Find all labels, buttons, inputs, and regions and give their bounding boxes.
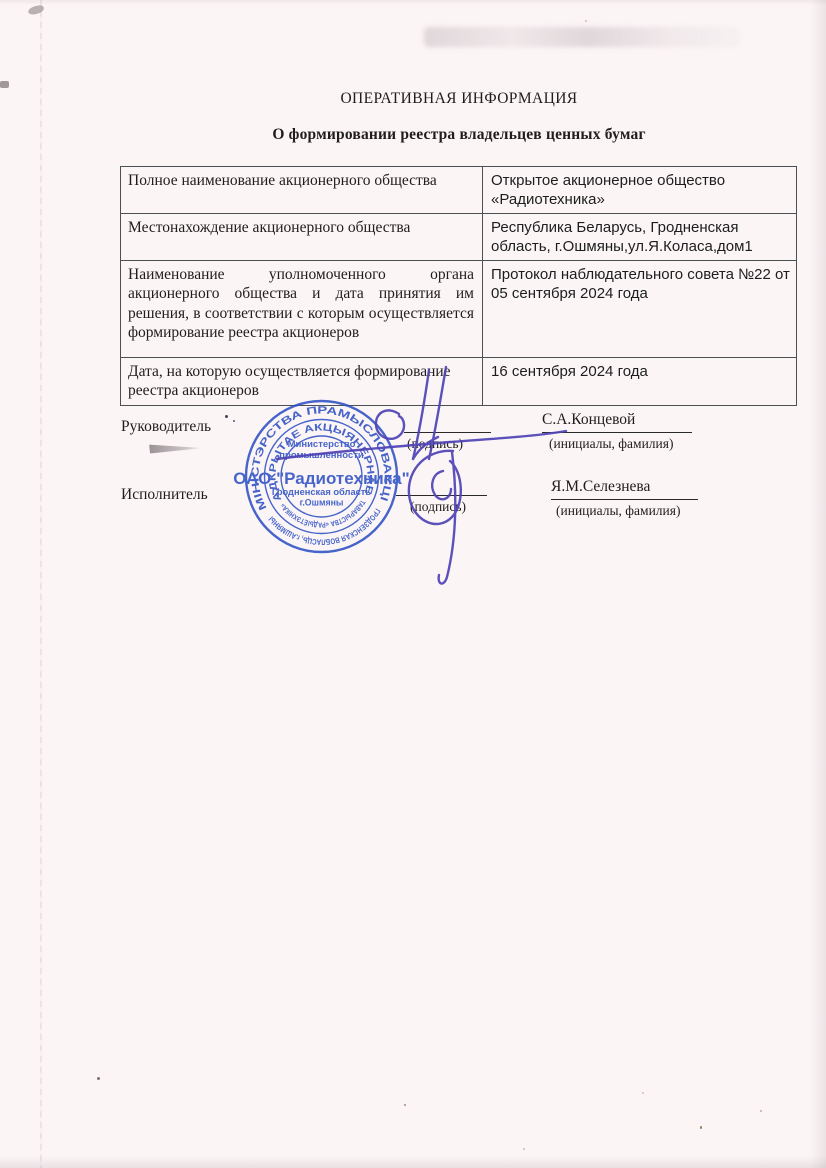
scan-shadow-top (0, 0, 826, 5)
stamp-region-text: Гродненская область (272, 487, 371, 497)
director-signature-loop (376, 410, 404, 438)
stamp-mid-circle (265, 420, 379, 534)
paper-speck (642, 1092, 644, 1094)
edge-ink-dash (0, 81, 9, 88)
table-row: Дата, на которую осуществляется формиров… (121, 357, 796, 405)
signature-line (396, 476, 487, 496)
paper-speck (523, 1148, 525, 1150)
stamp-company-name: ОАО "Радиотехника" (233, 469, 409, 488)
signature-name-caption: (инициалы, фамилия) (556, 503, 680, 519)
faded-erased-text-artifact (424, 27, 740, 47)
row-value-register-date: 16 сентября 2024 года (483, 358, 796, 405)
table-row: Местонахождение акционерного общества Ре… (121, 213, 796, 260)
corner-ink-blot (27, 4, 44, 15)
info-table: Полное наименование акционерного обществ… (120, 166, 797, 406)
signature-role-executor: Исполнитель (121, 486, 208, 504)
signature-line (404, 413, 491, 433)
stamp-outer-circle (246, 401, 397, 552)
table-row: Полное наименование акционерного обществ… (121, 167, 796, 213)
executor-signature-descender (439, 452, 456, 584)
signature-name-caption: (инициалы, фамилия) (549, 436, 673, 452)
stamp-outer-ring-top-text: МІНІСТЭРСТВА ПРАМЫСЛОВАСЦІ (249, 405, 393, 513)
paper-fold-line (40, 0, 42, 1168)
signature-caption: (подпись) (407, 436, 463, 452)
paper-speck (760, 1110, 762, 1112)
gray-smudge-artifact (149, 443, 203, 454)
document-subtitle: О формировании реестра владельцев ценных… (121, 126, 797, 144)
stamp-city-text: г.Ошмяны (300, 498, 344, 508)
stamp-ministry-line1: Министерство (288, 439, 356, 450)
stamp-mid-ring-top-text: АДКРЫТАЕ АКЦЫЯНЕРНАЕ (267, 422, 375, 503)
scanned-document-page: ОПЕРАТИВНАЯ ИНФОРМАЦИЯ О формировании ре… (0, 0, 826, 1168)
row-value-location: Республика Беларусь, Гродненская область… (483, 214, 796, 260)
ink-speck (225, 415, 228, 418)
row-label-authorized-body: Наименование уполномоченного органа акци… (121, 261, 483, 357)
signature-name-director: С.А.Концевой (542, 411, 692, 433)
stamp-ministry-line2: промышленности (279, 450, 364, 461)
scan-shadow-right (810, 0, 826, 1168)
stamp-mid-ring-bottom-text: ТАВАРЫСТВА «РАДЫЁТЭХНІКА» (278, 498, 367, 529)
signature-name-executor: Я.М.Селезнева (551, 478, 698, 500)
row-label-register-date: Дата, на которую осуществляется формиров… (121, 358, 483, 405)
row-value-full-name: Открытое акционерное общество «Радиотехн… (483, 167, 796, 213)
paper-speck (700, 1126, 702, 1129)
paper-speck (585, 20, 587, 22)
stamp-outer-ring-bottom-text: ГРОДЗЕНСКАЯ ВОБЛАСЦЬ, г.АШМЯНЫ (267, 507, 382, 547)
ink-speck (233, 420, 235, 422)
paper-speck (97, 1077, 100, 1080)
row-label-full-name: Полное наименование акционерного обществ… (121, 167, 483, 213)
table-row: Наименование уполномоченного органа акци… (121, 260, 796, 357)
row-value-authorized-body: Протокол наблюдательного совета №22 от 0… (483, 261, 796, 357)
stamp-inner-circle (281, 436, 362, 517)
signature-caption: (подпись) (410, 499, 466, 515)
signature-role-director: Руководитель (121, 418, 211, 436)
paper-speck (404, 1104, 406, 1106)
document-title: ОПЕРАТИВНАЯ ИНФОРМАЦИЯ (121, 90, 797, 108)
row-label-location: Местонахождение акционерного общества (121, 214, 483, 260)
scan-shadow-bottom (0, 1156, 826, 1168)
